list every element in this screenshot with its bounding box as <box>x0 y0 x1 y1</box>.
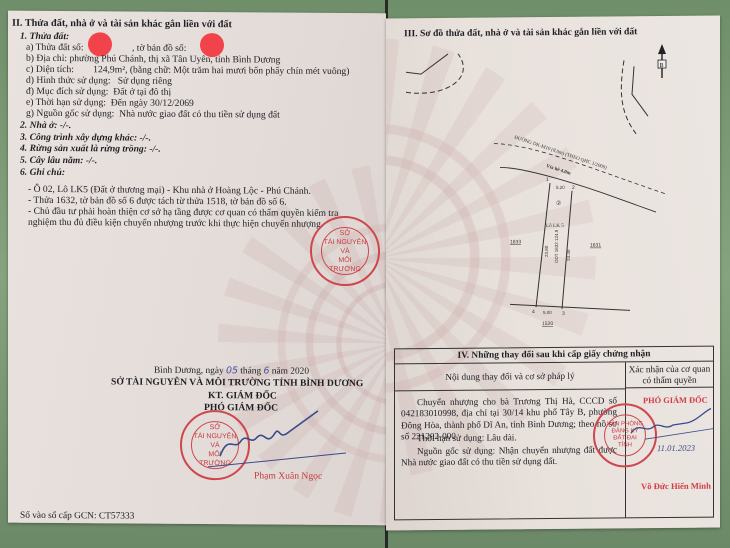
map-sheet-label: , tờ bản đồ số: <box>132 43 186 54</box>
change-entry-term: Thời hạn sử dụng: Lâu dài. <box>417 431 617 444</box>
certificate-right-page: III. Sơ đồ thửa đất, nhà ở và tài sản kh… <box>386 16 720 531</box>
change-entry-origin: Nguồn gốc sử dụng: Nhận chuyển nhượng đấ… <box>401 444 617 469</box>
stamp-line: SỞ <box>340 228 351 237</box>
stamp-line: TỈNH <box>618 442 632 449</box>
parcel-diagram: B ĐƯỜNG DK-M10 (8.0m) (THEO QHC 1/2000) … <box>386 16 720 329</box>
origin-value: Nhà nước giao đất có thu tiền sử dụng đấ… <box>119 108 280 120</box>
svg-text:1520: 1520 <box>542 321 553 327</box>
svg-text:ĐƯỜNG DK-M10 (8.0m) (THEO QHC: ĐƯỜNG DK-M10 (8.0m) (THEO QHC 1/2000) <box>513 135 607 172</box>
changes-table: IV. Những thay đổi sau khi cấp giấy chứn… <box>394 346 714 521</box>
authority-stamp-center: SỞ TÀI NGUYÊN VÀ MÔI TRƯỜNG <box>310 216 380 286</box>
svg-text:1: 1 <box>546 177 549 183</box>
svg-text:1633: 1633 <box>510 239 521 245</box>
section-title-land: II. Thửa đất, nhà ở và tài sản khác gắn … <box>12 18 232 31</box>
svg-text:B: B <box>660 63 664 69</box>
svg-text:4: 4 <box>532 309 535 315</box>
svg-text:2: 2 <box>572 185 575 191</box>
stamp-line: MÔI TRƯỜNG <box>322 255 368 273</box>
date-month: 6 <box>263 365 269 376</box>
purpose-value: Đất ở tại đô thị <box>113 86 171 97</box>
term-value: Đến ngày 30/12/2069 <box>111 97 194 109</box>
svg-text:3: 3 <box>562 311 565 317</box>
signing-date: Bình Dương, ngày 05 tháng 6 năm 2020 <box>154 365 309 378</box>
on-behalf-title: KT. GIÁM ĐỐC <box>208 390 277 401</box>
purpose-label: đ) Mục đích sử dụng: <box>26 86 108 98</box>
stamp-line: TÀI NGUYÊN VÀ <box>322 237 368 255</box>
svg-text:5.20: 5.20 <box>556 185 565 190</box>
confirm-signer: Võ Đức Hiển Minh <box>641 481 711 493</box>
use-form-label: d) Hình thức sử dụng: <box>26 75 110 87</box>
house-item: 2. Nhà ở: -/-. <box>20 120 71 131</box>
col-header-content: Nội dung thay đổi và cơ sở pháp lý <box>395 362 625 391</box>
col-header-confirm: Xác nhận của cơ quan có thẩm quyền <box>626 362 713 389</box>
date-day: 05 <box>226 365 238 376</box>
date-prefix: Bình Dương, ngày <box>154 366 224 376</box>
svg-text:Vỉa hè 4.0m: Vỉa hè 4.0m <box>545 164 572 177</box>
svg-text:1631: 1631 <box>590 243 601 249</box>
issuing-authority: SỞ TÀI NGUYÊN VÀ MÔI TRƯỜNG TỈNH BÌNH DƯ… <box>111 376 363 389</box>
parcel-no-label: a) Thửa đất số: <box>26 42 84 53</box>
signature-mark <box>208 404 348 475</box>
svg-text:23.80: 23.80 <box>544 245 549 257</box>
land-heading: 1. Thửa đất: <box>20 31 69 42</box>
certificate-left-page: II. Thửa đất, nhà ở và tài sản khác gắn … <box>8 11 386 526</box>
perennial-item: 5. Cây lâu năm: -/-. <box>20 155 97 167</box>
area-label: c) Diện tích: <box>26 64 74 75</box>
svg-text:②: ② <box>556 200 562 207</box>
forest-item: 4. Rừng sản xuất là rừng trồng: -/-. <box>20 143 161 155</box>
svg-text:24.30: 24.30 <box>566 249 571 261</box>
term-label: e) Thời hạn sử dụng: <box>26 97 106 109</box>
registry-number: Số vào sổ cấp GCN: CT57333 <box>20 511 134 523</box>
origin-label: g) Nguồn gốc sử dụng: <box>26 108 114 120</box>
date-year: năm 2020 <box>272 367 309 377</box>
svg-text:ODT 1632 124.9: ODT 1632 124.9 <box>554 229 559 263</box>
confirm-signature-mark <box>625 403 715 444</box>
month-label: tháng <box>240 366 261 376</box>
use-form-value: Sử dụng riêng <box>118 75 172 86</box>
confirm-date: 11.01.2023 <box>657 443 695 454</box>
svg-text:5.00: 5.00 <box>543 310 552 315</box>
other-works-item: 3. Công trình xây dựng khác: -/-. <box>20 132 151 144</box>
signer-name: Phạm Xuân Ngọc <box>254 470 322 481</box>
address-label: b) Địa chỉ: <box>26 53 67 64</box>
note-line: nghiệm thu đủ điều kiện chuyển nhượng tr… <box>28 217 323 230</box>
svg-text:Lô LK 5: Lô LK 5 <box>546 223 564 229</box>
notes-heading: 6. Ghi chú: <box>20 167 65 178</box>
